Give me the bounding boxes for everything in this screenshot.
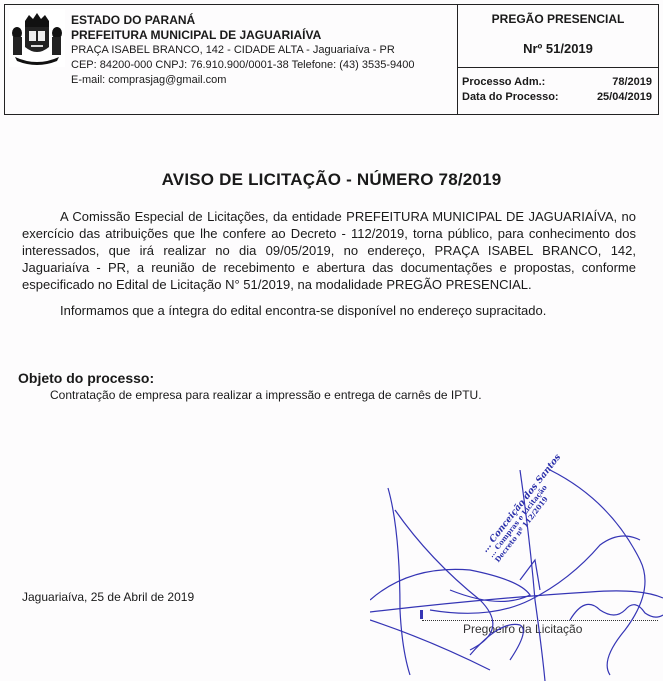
municipality-name: PREFEITURA MUNICIPAL DE JAGUARIAÍVA: [71, 28, 415, 43]
process-date-row: Data do Processo: 25/04/2019: [462, 90, 652, 105]
process-details: Processo Adm.: 78/2019 Data do Processo:…: [462, 75, 652, 105]
object-text: Contratação de empresa para realizar a i…: [50, 388, 482, 402]
place-date-line: Jaguariaíva, 25 de Abril de 2019: [22, 590, 194, 604]
email: E-mail: comprasjag@gmail.com: [71, 73, 415, 88]
object-heading: Objeto do processo:: [18, 370, 154, 386]
institution-info: ESTADO DO PARANÁ PREFEITURA MUNICIPAL DE…: [71, 13, 415, 88]
contact-info: CEP: 84200-000 CNPJ: 76.910.900/0001-38 …: [71, 58, 415, 73]
notice-paragraph-2: Informamos que a íntegra do edital encon…: [22, 302, 636, 319]
modality-box: PREGÃO PRESENCIAL Nrº 51/2019: [458, 5, 658, 68]
state-name: ESTADO DO PARANÁ: [71, 13, 415, 28]
process-label: Processo Adm.:: [462, 75, 545, 90]
notice-paragraph-1: A Comissão Especial de Licitações, da en…: [22, 208, 636, 293]
notice-title: AVISO DE LICITAÇÃO - NÚMERO 78/2019: [0, 170, 663, 190]
handwritten-signature: [370, 470, 663, 681]
coat-of-arms-icon: [9, 9, 65, 67]
modality-label: PREGÃO PRESENCIAL: [458, 12, 658, 26]
process-date-label: Data do Processo:: [462, 90, 559, 105]
process-date-value: 25/04/2019: [597, 90, 652, 105]
process-row: Processo Adm.: 78/2019: [462, 75, 652, 90]
header-process-block: PREGÃO PRESENCIAL Nrº 51/2019 Processo A…: [458, 5, 658, 114]
notice-body: A Comissão Especial de Licitações, da en…: [22, 208, 636, 319]
address: PRAÇA ISABEL BRANCO, 142 - CIDADE ALTA -…: [71, 43, 415, 58]
document-header: ESTADO DO PARANÁ PREFEITURA MUNICIPAL DE…: [4, 4, 659, 115]
process-value: 78/2019: [612, 75, 652, 90]
header-institution-block: ESTADO DO PARANÁ PREFEITURA MUNICIPAL DE…: [5, 5, 458, 114]
modality-number: Nrº 51/2019: [458, 41, 658, 56]
